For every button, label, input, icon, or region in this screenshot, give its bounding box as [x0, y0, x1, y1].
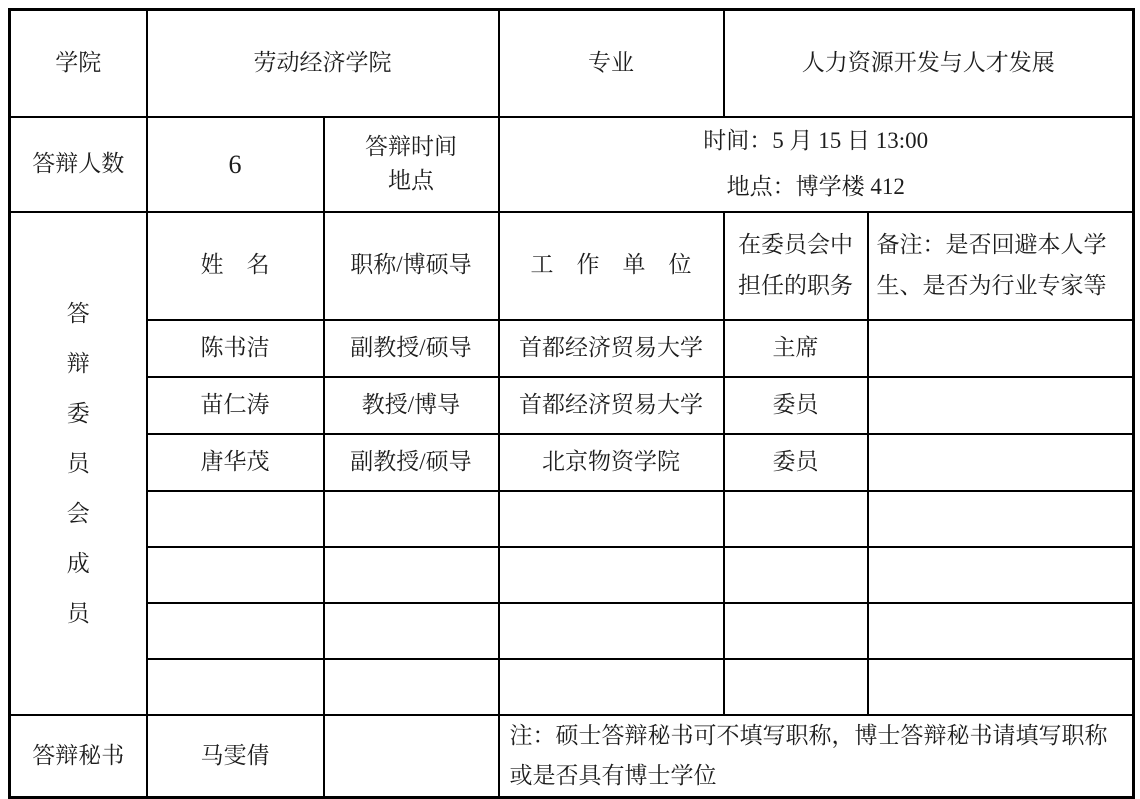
member-row-empty — [10, 659, 1134, 715]
place-line: 地点：博学楼 412 — [508, 164, 1125, 210]
header-remark-cell: 备注：是否回避本人学生、是否为行业专家等 — [868, 212, 1134, 320]
member-remark-cell — [868, 603, 1134, 659]
time-line: 时间：5 月 15 日 13:00 — [508, 118, 1125, 164]
count-value-cell: 6 — [147, 117, 324, 212]
member-role-cell: 委员 — [724, 377, 868, 434]
member-title-cell — [324, 547, 499, 603]
member-role-cell — [724, 603, 868, 659]
member-remark-cell — [868, 377, 1134, 434]
member-row: 苗仁涛 教授/博导 首都经济贸易大学 委员 — [10, 377, 1134, 434]
row-secretary: 答辩秘书 马雯倩 注：硕士答辩秘书可不填写职称，博士答辩秘书请填写职称或是否具有… — [10, 715, 1134, 798]
member-row-empty — [10, 603, 1134, 659]
member-row: 陈书洁 副教授/硕导 首都经济贸易大学 主席 — [10, 320, 1134, 377]
secretary-note-cell: 注：硕士答辩秘书可不填写职称，博士答辩秘书请填写职称或是否具有博士学位 — [499, 715, 1134, 798]
row-count-time: 答辩人数 6 答辩时间 地点 时间：5 月 15 日 13:00 地点：博学楼 … — [10, 117, 1134, 212]
header-org-cell: 工 作 单 位 — [499, 212, 724, 320]
defense-committee-form: 学院 劳动经济学院 专业 人力资源开发与人才发展 答辩人数 6 答辩时间 地点 … — [0, 0, 1140, 795]
member-title-cell — [324, 603, 499, 659]
member-title-cell — [324, 659, 499, 715]
member-name-cell: 唐华茂 — [147, 434, 324, 491]
member-name-cell — [147, 491, 324, 547]
time-place-label-line2: 地点 — [333, 164, 490, 199]
member-remark-cell — [868, 434, 1134, 491]
committee-side-label: 答辩委员会成员 — [11, 213, 146, 714]
member-remark-cell — [868, 491, 1134, 547]
header-name-cell: 姓 名 — [147, 212, 324, 320]
time-place-label-line1: 答辩时间 — [333, 130, 490, 165]
row-committee-header: 答辩委员会成员 姓 名 职称/博硕导 工 作 单 位 在委员会中担任的职务 备注… — [10, 212, 1134, 320]
member-remark-cell — [868, 320, 1134, 377]
committee-side-label-cell: 答辩委员会成员 — [10, 212, 147, 715]
member-row-empty — [10, 547, 1134, 603]
member-name-cell — [147, 547, 324, 603]
time-place-label-cell: 答辩时间 地点 — [324, 117, 499, 212]
member-title-cell: 教授/博导 — [324, 377, 499, 434]
member-role-cell: 主席 — [724, 320, 868, 377]
defense-info-table: 学院 劳动经济学院 专业 人力资源开发与人才发展 答辩人数 6 答辩时间 地点 … — [8, 8, 1135, 799]
member-name-cell — [147, 659, 324, 715]
member-title-cell — [324, 491, 499, 547]
member-org-cell: 首都经济贸易大学 — [499, 320, 724, 377]
member-org-cell — [499, 603, 724, 659]
member-role-cell — [724, 659, 868, 715]
college-value-cell: 劳动经济学院 — [147, 10, 499, 117]
member-org-cell: 首都经济贸易大学 — [499, 377, 724, 434]
member-name-cell — [147, 603, 324, 659]
member-remark-cell — [868, 547, 1134, 603]
member-row: 唐华茂 副教授/硕导 北京物资学院 委员 — [10, 434, 1134, 491]
header-role-cell: 在委员会中担任的职务 — [724, 212, 868, 320]
member-role-cell — [724, 547, 868, 603]
header-title-cell: 职称/博硕导 — [324, 212, 499, 320]
member-remark-cell — [868, 659, 1134, 715]
major-label-cell: 专业 — [499, 10, 724, 117]
member-name-cell: 陈书洁 — [147, 320, 324, 377]
major-value-cell: 人力资源开发与人才发展 — [724, 10, 1134, 117]
member-role-cell — [724, 491, 868, 547]
member-title-cell: 副教授/硕导 — [324, 434, 499, 491]
time-place-value-cell: 时间：5 月 15 日 13:00 地点：博学楼 412 — [499, 117, 1134, 212]
member-org-cell: 北京物资学院 — [499, 434, 724, 491]
secretary-name-cell: 马雯倩 — [147, 715, 324, 798]
college-label-cell: 学院 — [10, 10, 147, 117]
count-label-cell: 答辩人数 — [10, 117, 147, 212]
member-role-cell: 委员 — [724, 434, 868, 491]
member-title-cell: 副教授/硕导 — [324, 320, 499, 377]
secretary-label-cell: 答辩秘书 — [10, 715, 147, 798]
secretary-title-cell — [324, 715, 499, 798]
member-row-empty — [10, 491, 1134, 547]
row-college-major: 学院 劳动经济学院 专业 人力资源开发与人才发展 — [10, 10, 1134, 117]
member-name-cell: 苗仁涛 — [147, 377, 324, 434]
member-org-cell — [499, 547, 724, 603]
member-org-cell — [499, 659, 724, 715]
member-org-cell — [499, 491, 724, 547]
